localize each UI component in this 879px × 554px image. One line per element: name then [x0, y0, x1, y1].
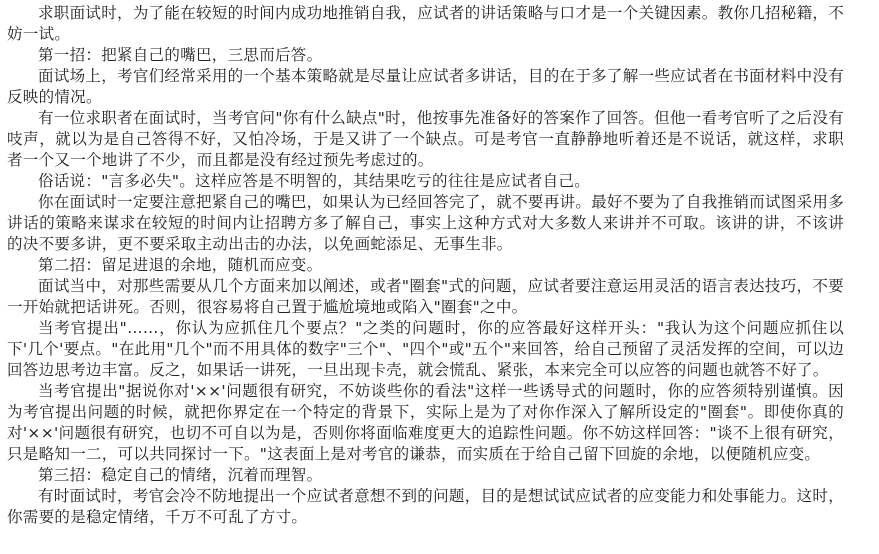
paragraph: 当考官提出"据说你对'××'问题很有研究，不妨谈些你的看法"这样一些诱导式的问题…: [7, 381, 844, 465]
heading-tip-1: 第一招：把紧自己的嘴巴，三思而后答。: [7, 45, 844, 66]
paragraph: 当考官提出"……，你认为应抓住几个要点？"之类的问题时，你的应答最好这样开头："…: [7, 318, 844, 381]
paragraph: 有时面试时，考官会冷不防地提出一个应试者意想不到的问题，目的是想试试应试者的应变…: [7, 486, 844, 528]
paragraph: 有一位求职者在面试时，当考官问"你有什么缺点"时，他按事先准备好的答案作了回答。…: [7, 108, 844, 171]
paragraph: 你在面试时一定要注意把紧自己的嘴巴，如果认为已经回答完了，就不要再讲。最好不要为…: [7, 192, 844, 255]
paragraph-intro: 求职面试时，为了能在较短的时间内成功地推销自我，应试者的讲话策略与口才是一个关键…: [7, 3, 844, 45]
article-body: 求职面试时，为了能在较短的时间内成功地推销自我，应试者的讲话策略与口才是一个关键…: [0, 0, 858, 528]
paragraph: 面试当中，对那些需要从几个方面来加以阐述，或者"圈套"式的问题，应试者要注意运用…: [7, 276, 844, 318]
paragraph: 俗话说："言多必失"。这样应答是不明智的，其结果吃亏的往往是应试者自己。: [7, 171, 844, 192]
heading-tip-3: 第三招：稳定自己的情绪，沉着而理智。: [7, 465, 844, 486]
paragraph: 面试场上，考官们经常采用的一个基本策略就是尽量让应试者多讲话，目的在于多了解一些…: [7, 66, 844, 108]
heading-tip-2: 第二招：留足进退的余地，随机而应变。: [7, 255, 844, 276]
